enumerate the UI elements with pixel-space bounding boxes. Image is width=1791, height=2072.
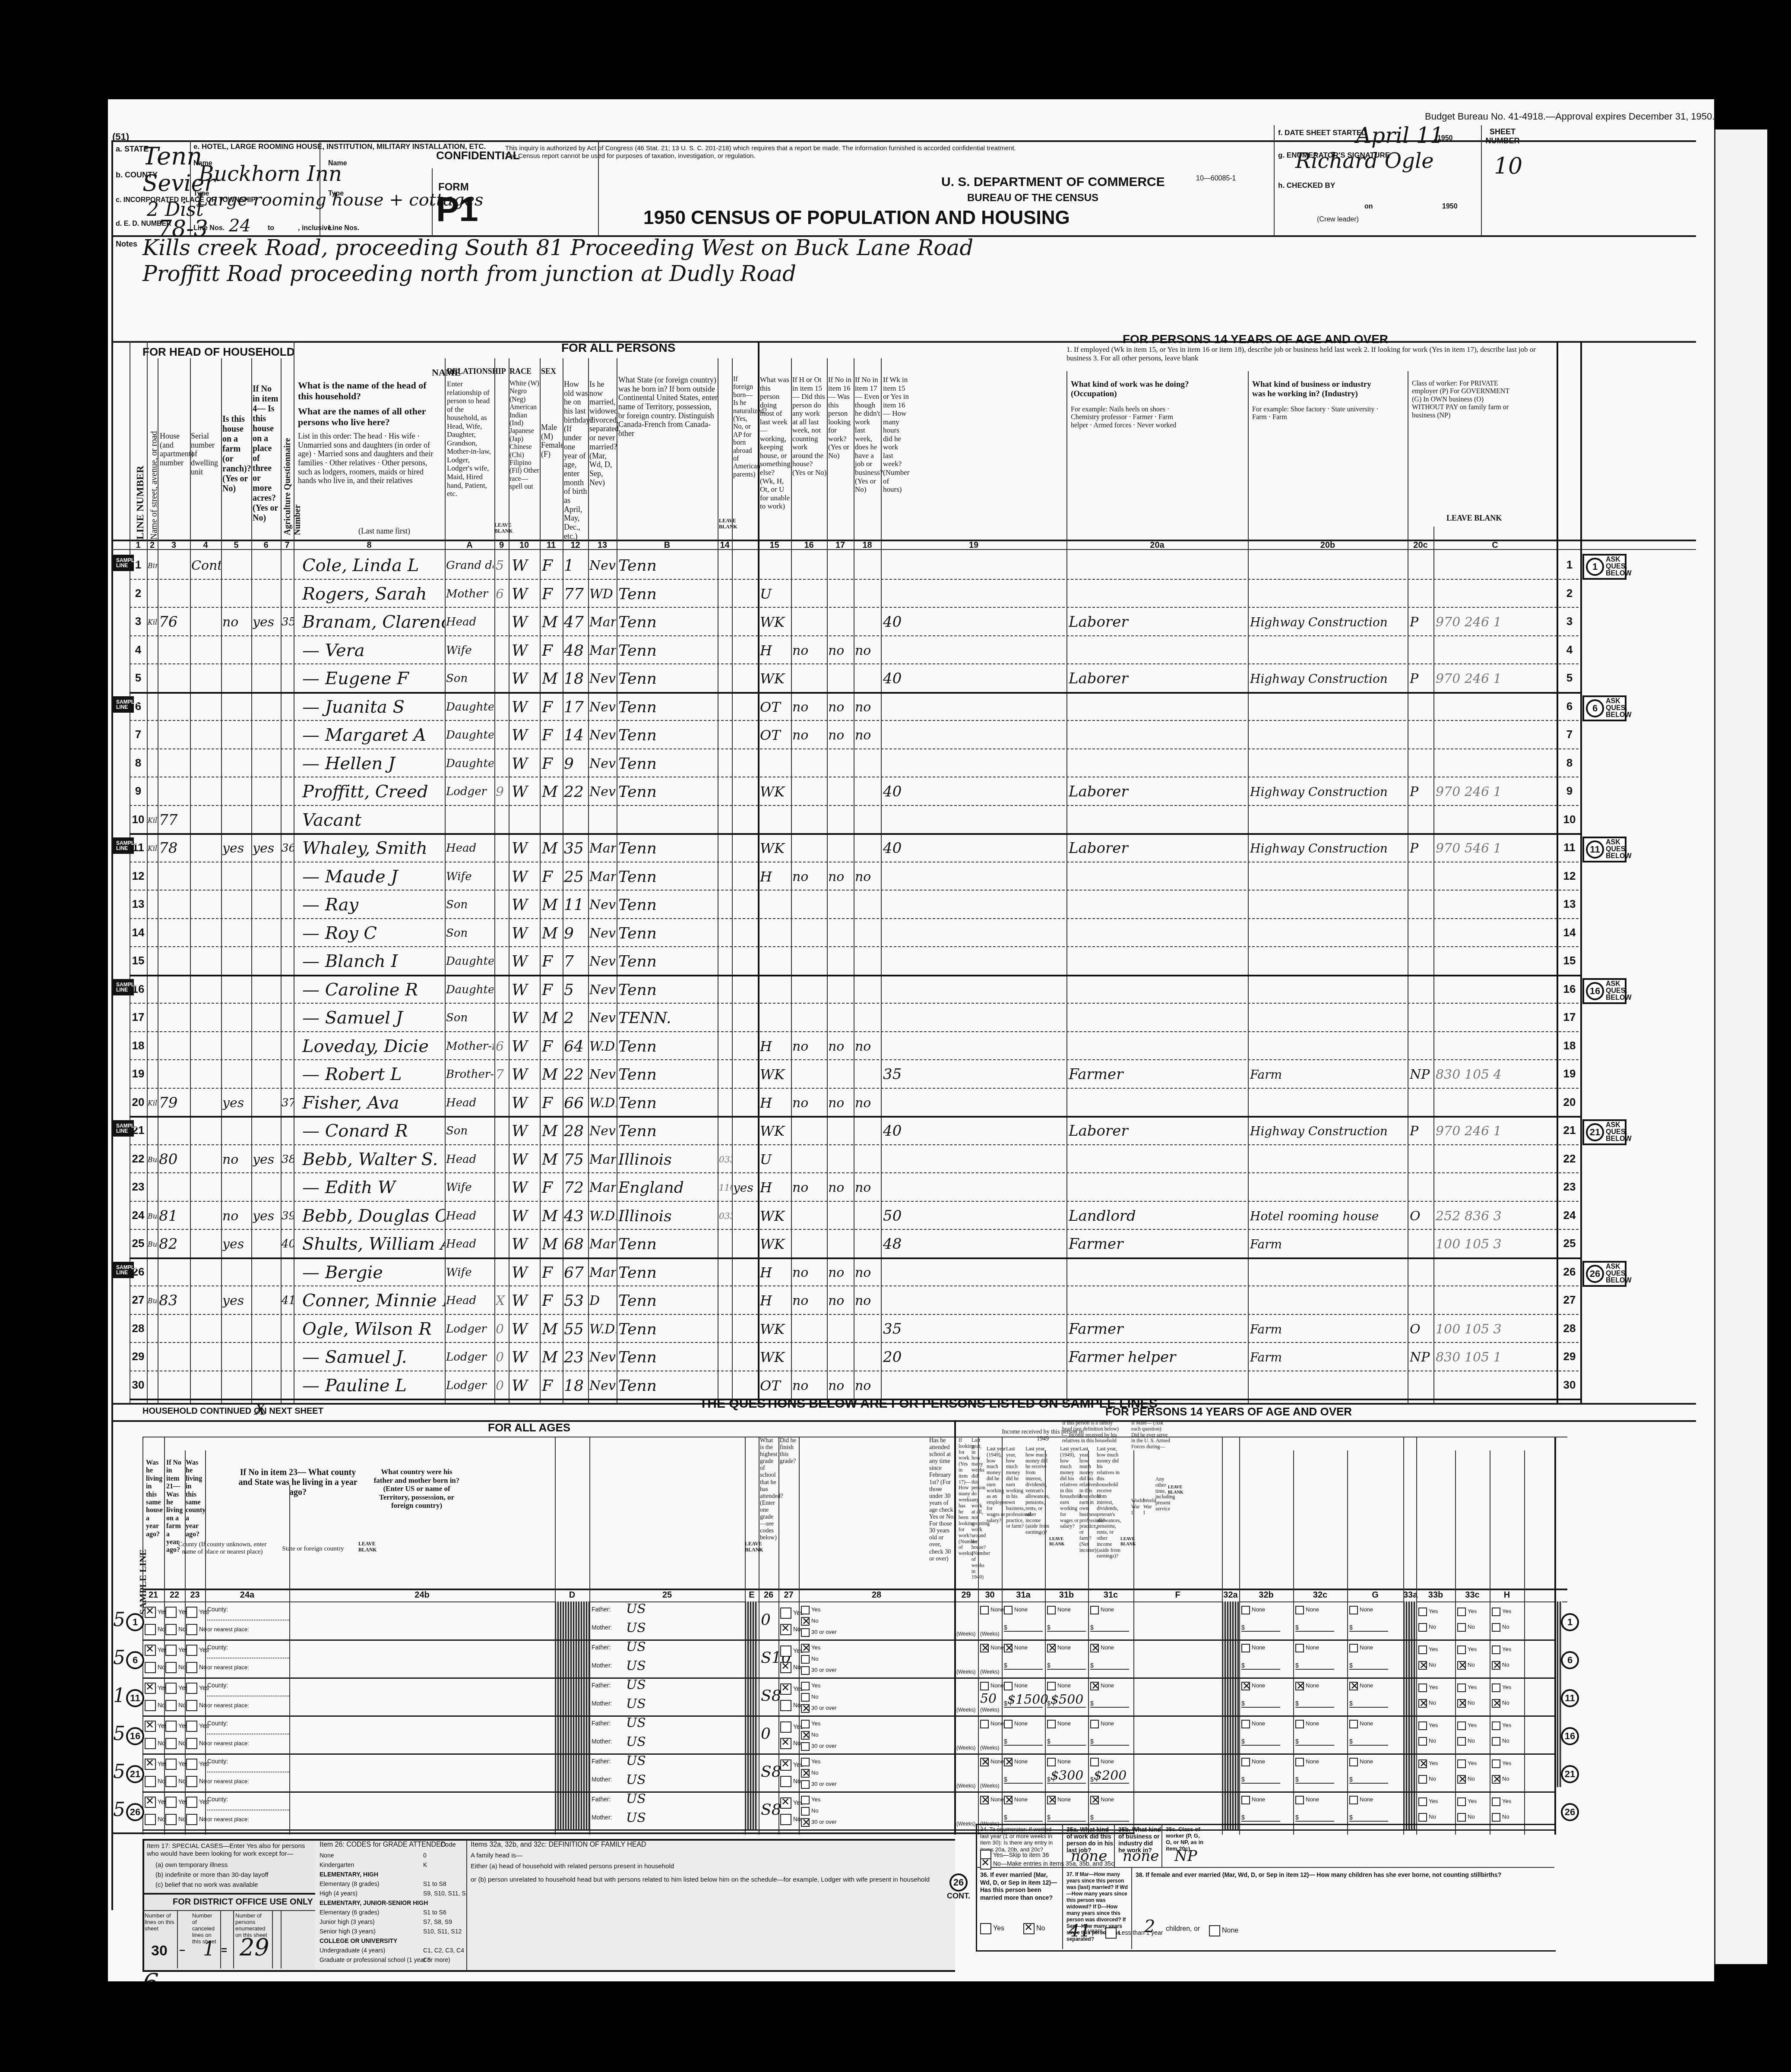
class-of-worker-cell[interactable]: P: [1410, 837, 1432, 861]
c32b-none-option[interactable]: None: [1295, 1606, 1319, 1614]
sex-cell[interactable]: M: [542, 893, 562, 917]
c31c-amount-field[interactable]: $: [1090, 1700, 1129, 1708]
worked-weeks-none-option[interactable]: None: [980, 1720, 1004, 1728]
c21-yes-checkbox[interactable]: [145, 1721, 156, 1732]
industry-cell[interactable]: Hotel rooming house: [1250, 1204, 1405, 1229]
c32b-none-option[interactable]: None: [1295, 1720, 1319, 1728]
ww1-yes-checkbox[interactable]: [1457, 1608, 1466, 1616]
c32b-none-checkbox[interactable]: [1295, 1758, 1304, 1766]
c31b-none-option[interactable]: None: [1047, 1758, 1071, 1766]
age-cell[interactable]: 67: [564, 1261, 587, 1285]
c23-yes-checkbox[interactable]: [186, 1759, 197, 1770]
age-cell[interactable]: 28: [564, 1119, 587, 1143]
race-cell[interactable]: W: [512, 1119, 538, 1143]
c32c-none-checkbox[interactable]: [1349, 1606, 1358, 1614]
ww1-yes-checkbox[interactable]: [1457, 1721, 1466, 1730]
race-cell[interactable]: W: [512, 865, 538, 889]
c31b-none-option[interactable]: None: [1047, 1644, 1071, 1652]
school-checkbox[interactable]: [801, 1666, 810, 1675]
age-cell[interactable]: 9: [564, 752, 587, 776]
c23-yes-checkbox[interactable]: [186, 1645, 197, 1656]
name-cell[interactable]: — Ray: [302, 893, 445, 917]
age-cell[interactable]: 35: [564, 837, 587, 861]
coded-cell[interactable]: 252 836 3: [1436, 1204, 1556, 1229]
activity-cell[interactable]: WK: [760, 1346, 790, 1370]
relationship-cell[interactable]: Son: [446, 667, 494, 691]
name-cell[interactable]: — Samuel J: [302, 1006, 445, 1030]
job-cell[interactable]: no: [855, 639, 880, 663]
race-cell[interactable]: W: [512, 695, 538, 720]
finished-no-checkbox[interactable]: [780, 1662, 791, 1673]
c32a-none-option[interactable]: None: [1241, 1644, 1265, 1652]
worked-weeks-none-checkbox[interactable]: [980, 1644, 989, 1652]
race-cell[interactable]: W: [512, 1006, 538, 1030]
ww1-no-checkbox[interactable]: [1457, 1661, 1466, 1670]
c21-no-checkbox[interactable]: [145, 1700, 156, 1711]
q37-value[interactable]: 41: [1069, 1921, 1091, 1941]
school-option[interactable]: No: [801, 1731, 819, 1740]
relationship-cell[interactable]: Head: [446, 1148, 494, 1172]
sex-cell[interactable]: F: [542, 1289, 562, 1313]
c31b-none-option[interactable]: None: [1047, 1796, 1071, 1804]
hours-cell[interactable]: 40: [883, 837, 909, 861]
worked-weeks-none-option[interactable]: None: [980, 1682, 1004, 1690]
occupation-cell[interactable]: Farmer: [1069, 1317, 1246, 1342]
c32c-none-checkbox[interactable]: [1349, 1758, 1358, 1766]
c32c-amount-field[interactable]: $: [1349, 1662, 1388, 1670]
line-from-value[interactable]: 24: [229, 216, 251, 236]
c21-no-option[interactable]: No: [145, 1776, 165, 1787]
c22-yes-checkbox[interactable]: [165, 1797, 177, 1808]
marital-cell[interactable]: Mar: [589, 639, 616, 663]
age-cell[interactable]: 7: [564, 950, 587, 974]
c31a-amount-field[interactable]: $: [1004, 1624, 1043, 1632]
industry-cell[interactable]: Farm: [1250, 1232, 1405, 1257]
c31c-none-checkbox[interactable]: [1090, 1644, 1099, 1652]
looking-cell[interactable]: no: [828, 639, 853, 663]
relationship-cell[interactable]: Lodger: [446, 780, 494, 804]
looking-cell[interactable]: no: [828, 723, 853, 748]
sex-cell[interactable]: F: [542, 752, 562, 776]
worked-weeks-none-checkbox[interactable]: [980, 1758, 989, 1766]
acres-cell[interactable]: yes: [253, 1204, 280, 1229]
c21-yes-option[interactable]: Yes: [145, 1797, 168, 1808]
birthplace-cell[interactable]: Tenn: [618, 1119, 717, 1143]
c21-no-option[interactable]: No: [145, 1662, 165, 1673]
c31a-none-checkbox[interactable]: [1004, 1682, 1013, 1690]
c31b-none-checkbox[interactable]: [1047, 1796, 1056, 1804]
other-yes-checkbox[interactable]: [1492, 1797, 1500, 1806]
ww2-yes-checkbox[interactable]: [1418, 1721, 1427, 1730]
school-option[interactable]: Yes: [801, 1720, 820, 1728]
c32c-amount-field[interactable]: $: [1349, 1624, 1388, 1632]
marital-cell[interactable]: W.D.: [589, 1204, 616, 1229]
worked-weeks-none-option[interactable]: None: [980, 1606, 1004, 1614]
c22-yes-option[interactable]: Yes: [165, 1607, 188, 1618]
sex-cell[interactable]: F: [542, 1374, 562, 1398]
occupation-cell[interactable]: Laborer: [1069, 610, 1246, 635]
c23-yes-checkbox[interactable]: [186, 1607, 197, 1618]
race-cell[interactable]: W: [512, 1035, 538, 1059]
ww2-yes-checkbox[interactable]: [1418, 1797, 1427, 1806]
c32a-none-option[interactable]: None: [1241, 1606, 1265, 1614]
c23-yes-checkbox[interactable]: [186, 1797, 197, 1808]
ww2-no-option[interactable]: No: [1418, 1737, 1436, 1746]
c31b-amount-field[interactable]: $: [1047, 1662, 1086, 1670]
c32a-none-option[interactable]: None: [1241, 1682, 1265, 1690]
c23-yes-option[interactable]: Yes: [186, 1683, 209, 1694]
other-yes-checkbox[interactable]: [1492, 1646, 1500, 1654]
hours-cell[interactable]: 40: [883, 667, 909, 691]
school-checkbox[interactable]: [801, 1655, 810, 1664]
marital-cell[interactable]: Nev: [589, 667, 616, 691]
looking-cell[interactable]: no: [828, 695, 853, 720]
sex-cell[interactable]: M: [542, 610, 562, 635]
industry-cell[interactable]: Farm: [1250, 1063, 1405, 1087]
worked-cell[interactable]: no: [792, 639, 826, 663]
finished-yes-checkbox[interactable]: [780, 1797, 791, 1809]
c32b-none-checkbox[interactable]: [1295, 1796, 1304, 1804]
industry-cell[interactable]: Highway Construction: [1250, 1119, 1405, 1143]
race-cell[interactable]: W: [512, 1261, 538, 1285]
street-cell[interactable]: Buck Lane Rd: [148, 1148, 158, 1172]
name-cell[interactable]: Loveday, Dicie: [302, 1035, 445, 1059]
birthplace-cell[interactable]: Tenn: [618, 922, 717, 946]
birthplace-cell[interactable]: Tenn: [618, 554, 717, 578]
school-checkbox[interactable]: [801, 1628, 810, 1637]
sex-cell[interactable]: M: [542, 1006, 562, 1030]
mother-birthplace[interactable]: US: [626, 1772, 646, 1788]
c31b-amount-field[interactable]: $: [1047, 1624, 1086, 1632]
c32c-none-option[interactable]: None: [1349, 1644, 1373, 1652]
c32c-none-option[interactable]: None: [1349, 1720, 1373, 1728]
worked-weeks-value[interactable]: 50: [980, 1691, 997, 1706]
birthplace-cell[interactable]: Tenn: [618, 723, 717, 748]
county-field[interactable]: [207, 1696, 289, 1696]
other-no-checkbox[interactable]: [1492, 1737, 1500, 1746]
county-field[interactable]: [207, 1734, 289, 1734]
c31c-amount-field[interactable]: $: [1090, 1738, 1129, 1746]
occupation-cell[interactable]: Farmer helper: [1069, 1346, 1246, 1370]
street-cell[interactable]: Kills creek Rd: [148, 809, 158, 833]
c31b-amount-field[interactable]: $: [1047, 1814, 1086, 1822]
job-cell[interactable]: no: [855, 865, 880, 889]
other-yes-option[interactable]: Yes: [1492, 1608, 1511, 1616]
leave-blank-b-cell[interactable]: 033: [719, 1148, 732, 1172]
name-cell[interactable]: Conner, Minnie L.: [302, 1289, 445, 1313]
c31c-amount-field[interactable]: $: [1090, 1814, 1129, 1822]
dwelling-cell[interactable]: Cont: [191, 554, 221, 578]
c21-yes-option[interactable]: Yes: [145, 1759, 168, 1770]
c23-no-checkbox[interactable]: [186, 1776, 197, 1787]
sex-cell[interactable]: F: [542, 639, 562, 663]
coded-cell[interactable]: 100 105 3: [1436, 1232, 1556, 1257]
ww1-no-checkbox[interactable]: [1457, 1699, 1466, 1708]
ww1-no-checkbox[interactable]: [1457, 1623, 1466, 1632]
father-birthplace[interactable]: US: [626, 1639, 646, 1655]
street-cell[interactable]: Buck Lane Rd: [148, 1204, 158, 1229]
name-cell[interactable]: — Vera: [302, 639, 445, 663]
c21-no-checkbox[interactable]: [145, 1662, 156, 1673]
ww2-yes-option[interactable]: Yes: [1418, 1646, 1438, 1654]
c31a-amount-field[interactable]: $: [1004, 1776, 1043, 1784]
c31b-none-option[interactable]: None: [1047, 1682, 1071, 1690]
c22-yes-checkbox[interactable]: [165, 1607, 177, 1618]
name-cell[interactable]: Rogers, Sarah: [302, 582, 445, 606]
marital-cell[interactable]: Nev: [589, 978, 616, 1002]
looking-cell[interactable]: no: [828, 1261, 853, 1285]
c31c-none-option[interactable]: None: [1090, 1720, 1114, 1728]
c23-no-option[interactable]: No: [186, 1700, 207, 1711]
ww2-no-checkbox[interactable]: [1418, 1699, 1427, 1708]
c31b-amount-value[interactable]: $300: [1051, 1768, 1083, 1783]
ww2-no-checkbox[interactable]: [1418, 1737, 1427, 1746]
marital-cell[interactable]: Mar: [589, 1176, 616, 1200]
c31a-amount-field[interactable]: $: [1004, 1738, 1043, 1746]
c31b-none-checkbox[interactable]: [1047, 1644, 1056, 1652]
acres-cell[interactable]: yes: [253, 1148, 280, 1172]
county-field[interactable]: [207, 1772, 289, 1772]
activity-cell[interactable]: WK: [760, 1119, 790, 1143]
name-cell[interactable]: — Roy C: [302, 922, 445, 946]
c23-yes-option[interactable]: Yes: [186, 1721, 209, 1732]
school-option[interactable]: Yes: [801, 1606, 820, 1614]
name-cell[interactable]: Fisher, Ava: [302, 1091, 445, 1115]
marital-cell[interactable]: Nev: [589, 893, 616, 917]
c31c-amount-field[interactable]: $: [1090, 1624, 1129, 1632]
coded-cell[interactable]: 830 105 4: [1436, 1063, 1556, 1087]
name-cell[interactable]: Bebb, Walter S.: [302, 1148, 445, 1172]
finished-no-option[interactable]: No: [780, 1700, 801, 1711]
occupation-cell[interactable]: Laborer: [1069, 1119, 1246, 1143]
c31a-none-checkbox[interactable]: [1004, 1758, 1013, 1766]
street-cell[interactable]: Kills creek Rd: [148, 1091, 158, 1115]
relationship-cell[interactable]: Head: [446, 1204, 494, 1229]
marital-cell[interactable]: Mar: [589, 1232, 616, 1257]
other-yes-option[interactable]: Yes: [1492, 1721, 1511, 1730]
house-number-cell[interactable]: 79: [159, 1091, 189, 1115]
name-cell[interactable]: — Juanita S: [302, 695, 445, 720]
school-option[interactable]: Yes: [801, 1758, 820, 1766]
c22-no-option[interactable]: No: [165, 1700, 186, 1711]
activity-cell[interactable]: U: [760, 582, 790, 606]
c32b-amount-field[interactable]: $: [1295, 1814, 1334, 1822]
activity-cell[interactable]: H: [760, 1035, 790, 1059]
activity-cell[interactable]: H: [760, 865, 790, 889]
marital-cell[interactable]: Nev: [589, 1006, 616, 1030]
c31a-none-option[interactable]: None: [1004, 1796, 1028, 1804]
hotel-name-value[interactable]: Buckhorn Inn: [199, 162, 342, 186]
sex-cell[interactable]: F: [542, 695, 562, 720]
other-no-option[interactable]: No: [1492, 1699, 1509, 1708]
sex-cell[interactable]: F: [542, 1176, 562, 1200]
marital-cell[interactable]: Nev: [589, 554, 616, 578]
marital-cell[interactable]: Nev: [589, 922, 616, 946]
age-cell[interactable]: 14: [564, 723, 587, 748]
relationship-cell[interactable]: Head: [446, 1289, 494, 1313]
sex-cell[interactable]: M: [542, 1063, 562, 1087]
worked-cell[interactable]: no: [792, 1374, 826, 1398]
birthplace-cell[interactable]: TENN.: [618, 1006, 717, 1030]
c22-no-option[interactable]: No: [165, 1624, 186, 1635]
farm-cell[interactable]: yes: [222, 1232, 251, 1257]
finished-yes-option[interactable]: Yes: [780, 1646, 803, 1657]
birthplace-cell[interactable]: Tenn: [618, 582, 717, 606]
c22-no-option[interactable]: No: [165, 1776, 186, 1787]
street-cell[interactable]: Kills creek Rd: [148, 837, 158, 861]
ww2-yes-option[interactable]: Yes: [1418, 1721, 1438, 1730]
c32a-none-option[interactable]: None: [1241, 1720, 1265, 1728]
ww2-no-checkbox[interactable]: [1418, 1661, 1427, 1670]
job-cell[interactable]: no: [855, 1261, 880, 1285]
coded-cell[interactable]: 100 105 3: [1436, 1317, 1556, 1342]
finished-yes-checkbox[interactable]: [780, 1721, 791, 1733]
relationship-cell[interactable]: Brother-in-Law: [446, 1063, 494, 1087]
other-yes-option[interactable]: Yes: [1492, 1646, 1511, 1654]
agri-number-cell[interactable]: 37: [282, 1091, 294, 1115]
c21-yes-option[interactable]: Yes: [145, 1645, 168, 1656]
activity-cell[interactable]: OT: [760, 723, 790, 748]
age-cell[interactable]: 1: [564, 554, 587, 578]
birthplace-cell[interactable]: Tenn: [618, 639, 717, 663]
activity-cell[interactable]: WK: [760, 780, 790, 804]
birthplace-cell[interactable]: Tenn: [618, 1289, 717, 1313]
ww1-yes-checkbox[interactable]: [1457, 1683, 1466, 1692]
race-cell[interactable]: W: [512, 610, 538, 635]
job-cell[interactable]: no: [855, 1374, 880, 1398]
c21-no-option[interactable]: No: [145, 1814, 165, 1825]
race-cell[interactable]: W: [512, 1232, 538, 1257]
industry-cell[interactable]: Highway Construction: [1250, 780, 1405, 804]
relationship-cell[interactable]: Mother-in-Law: [446, 1035, 494, 1059]
sex-cell[interactable]: F: [542, 1261, 562, 1285]
industry-cell[interactable]: Farm: [1250, 1317, 1405, 1342]
c31a-none-option[interactable]: None: [1004, 1720, 1028, 1728]
sex-cell[interactable]: F: [542, 582, 562, 606]
looking-cell[interactable]: no: [828, 865, 853, 889]
c22-yes-checkbox[interactable]: [165, 1721, 177, 1732]
c31a-none-checkbox[interactable]: [1004, 1606, 1013, 1614]
ww1-yes-option[interactable]: Yes: [1457, 1608, 1477, 1616]
c22-yes-checkbox[interactable]: [165, 1683, 177, 1694]
c23-no-checkbox[interactable]: [186, 1624, 197, 1635]
acres-cell[interactable]: yes: [253, 837, 280, 861]
ww1-no-option[interactable]: No: [1457, 1623, 1475, 1632]
c31c-none-checkbox[interactable]: [1090, 1606, 1099, 1614]
c31b-amount-value[interactable]: $500: [1051, 1692, 1083, 1707]
q37-less-checkbox[interactable]: [1105, 1927, 1117, 1939]
agri-number-cell[interactable]: 40: [282, 1232, 294, 1257]
worked-cell[interactable]: no: [792, 723, 826, 748]
age-cell[interactable]: 2: [564, 1006, 587, 1030]
leave-blank-a-cell[interactable]: 6: [496, 1035, 508, 1059]
c32a-none-checkbox[interactable]: [1241, 1606, 1250, 1614]
acres-cell[interactable]: yes: [253, 610, 280, 635]
father-birthplace[interactable]: US: [626, 1677, 646, 1693]
ww1-yes-option[interactable]: Yes: [1457, 1721, 1477, 1730]
c32b-amount-field[interactable]: $: [1295, 1776, 1334, 1784]
county-field[interactable]: [207, 1658, 289, 1658]
marital-cell[interactable]: Nev: [589, 1063, 616, 1087]
c32a-amount-field[interactable]: $: [1241, 1624, 1280, 1632]
school-checkbox[interactable]: [801, 1731, 810, 1740]
c23-yes-checkbox[interactable]: [186, 1683, 197, 1694]
house-number-cell[interactable]: 78: [159, 837, 189, 861]
c21-no-checkbox[interactable]: [145, 1814, 156, 1825]
other-no-option[interactable]: No: [1492, 1623, 1509, 1632]
farm-cell[interactable]: yes: [222, 1289, 251, 1313]
c32c-none-checkbox[interactable]: [1349, 1644, 1358, 1652]
age-cell[interactable]: 64: [564, 1035, 587, 1059]
relationship-cell[interactable]: Grand daughter: [446, 554, 494, 578]
race-cell[interactable]: W: [512, 723, 538, 748]
class-of-worker-cell[interactable]: NP: [1410, 1063, 1432, 1087]
c22-yes-option[interactable]: Yes: [165, 1797, 188, 1808]
race-cell[interactable]: W: [512, 1289, 538, 1313]
birthplace-cell[interactable]: Tenn: [618, 780, 717, 804]
school-checkbox[interactable]: [801, 1758, 810, 1766]
school-checkbox[interactable]: [801, 1818, 810, 1827]
ww1-yes-checkbox[interactable]: [1457, 1759, 1466, 1768]
activity-cell[interactable]: WK: [760, 1204, 790, 1229]
c23-no-option[interactable]: No: [186, 1738, 207, 1749]
ww2-yes-option[interactable]: Yes: [1418, 1683, 1438, 1692]
relationship-cell[interactable]: Son: [446, 922, 494, 946]
activity-cell[interactable]: WK: [760, 1232, 790, 1257]
class-of-worker-cell[interactable]: O: [1410, 1204, 1432, 1229]
q35c-value[interactable]: NP: [1174, 1848, 1197, 1865]
relationship-cell[interactable]: Mother: [446, 582, 494, 606]
finished-yes-option[interactable]: Yes: [780, 1721, 803, 1733]
school-option[interactable]: No: [801, 1693, 819, 1702]
school-option[interactable]: 30 or over: [801, 1704, 837, 1713]
ww2-no-option[interactable]: No: [1418, 1813, 1436, 1822]
c21-no-checkbox[interactable]: [145, 1738, 156, 1749]
looking-cell[interactable]: no: [828, 1176, 853, 1200]
ww2-yes-checkbox[interactable]: [1418, 1759, 1427, 1768]
worked-weeks-none-checkbox[interactable]: [980, 1606, 989, 1614]
sex-cell[interactable]: F: [542, 978, 562, 1002]
age-cell[interactable]: 55: [564, 1317, 587, 1342]
ww1-yes-checkbox[interactable]: [1457, 1797, 1466, 1806]
c21-no-checkbox[interactable]: [145, 1624, 156, 1635]
sex-cell[interactable]: M: [542, 837, 562, 861]
school-option[interactable]: No: [801, 1807, 819, 1816]
marital-cell[interactable]: Nev: [589, 695, 616, 720]
c31c-none-option[interactable]: None: [1090, 1758, 1114, 1766]
age-cell[interactable]: 72: [564, 1176, 587, 1200]
school-checkbox[interactable]: [801, 1720, 810, 1728]
job-cell[interactable]: no: [855, 1035, 880, 1059]
ww2-no-option[interactable]: No: [1418, 1775, 1436, 1784]
other-no-option[interactable]: No: [1492, 1813, 1509, 1822]
c32c-none-option[interactable]: None: [1349, 1758, 1373, 1766]
school-checkbox[interactable]: [801, 1693, 810, 1702]
ww1-no-option[interactable]: No: [1457, 1661, 1475, 1670]
birthplace-cell[interactable]: Tenn: [618, 752, 717, 776]
name-cell[interactable]: Vacant: [302, 809, 445, 833]
c31c-none-checkbox[interactable]: [1090, 1758, 1099, 1766]
c32b-none-checkbox[interactable]: [1295, 1606, 1304, 1614]
c32a-none-checkbox[interactable]: [1241, 1720, 1250, 1728]
age-cell[interactable]: 43: [564, 1204, 587, 1229]
school-option[interactable]: 30 or over: [801, 1666, 837, 1675]
birthplace-cell[interactable]: Tenn: [618, 610, 717, 635]
activity-cell[interactable]: H: [760, 1091, 790, 1115]
hours-cell[interactable]: 40: [883, 780, 909, 804]
industry-cell[interactable]: Highway Construction: [1250, 837, 1405, 861]
relationship-cell[interactable]: Daughter: [446, 950, 494, 974]
